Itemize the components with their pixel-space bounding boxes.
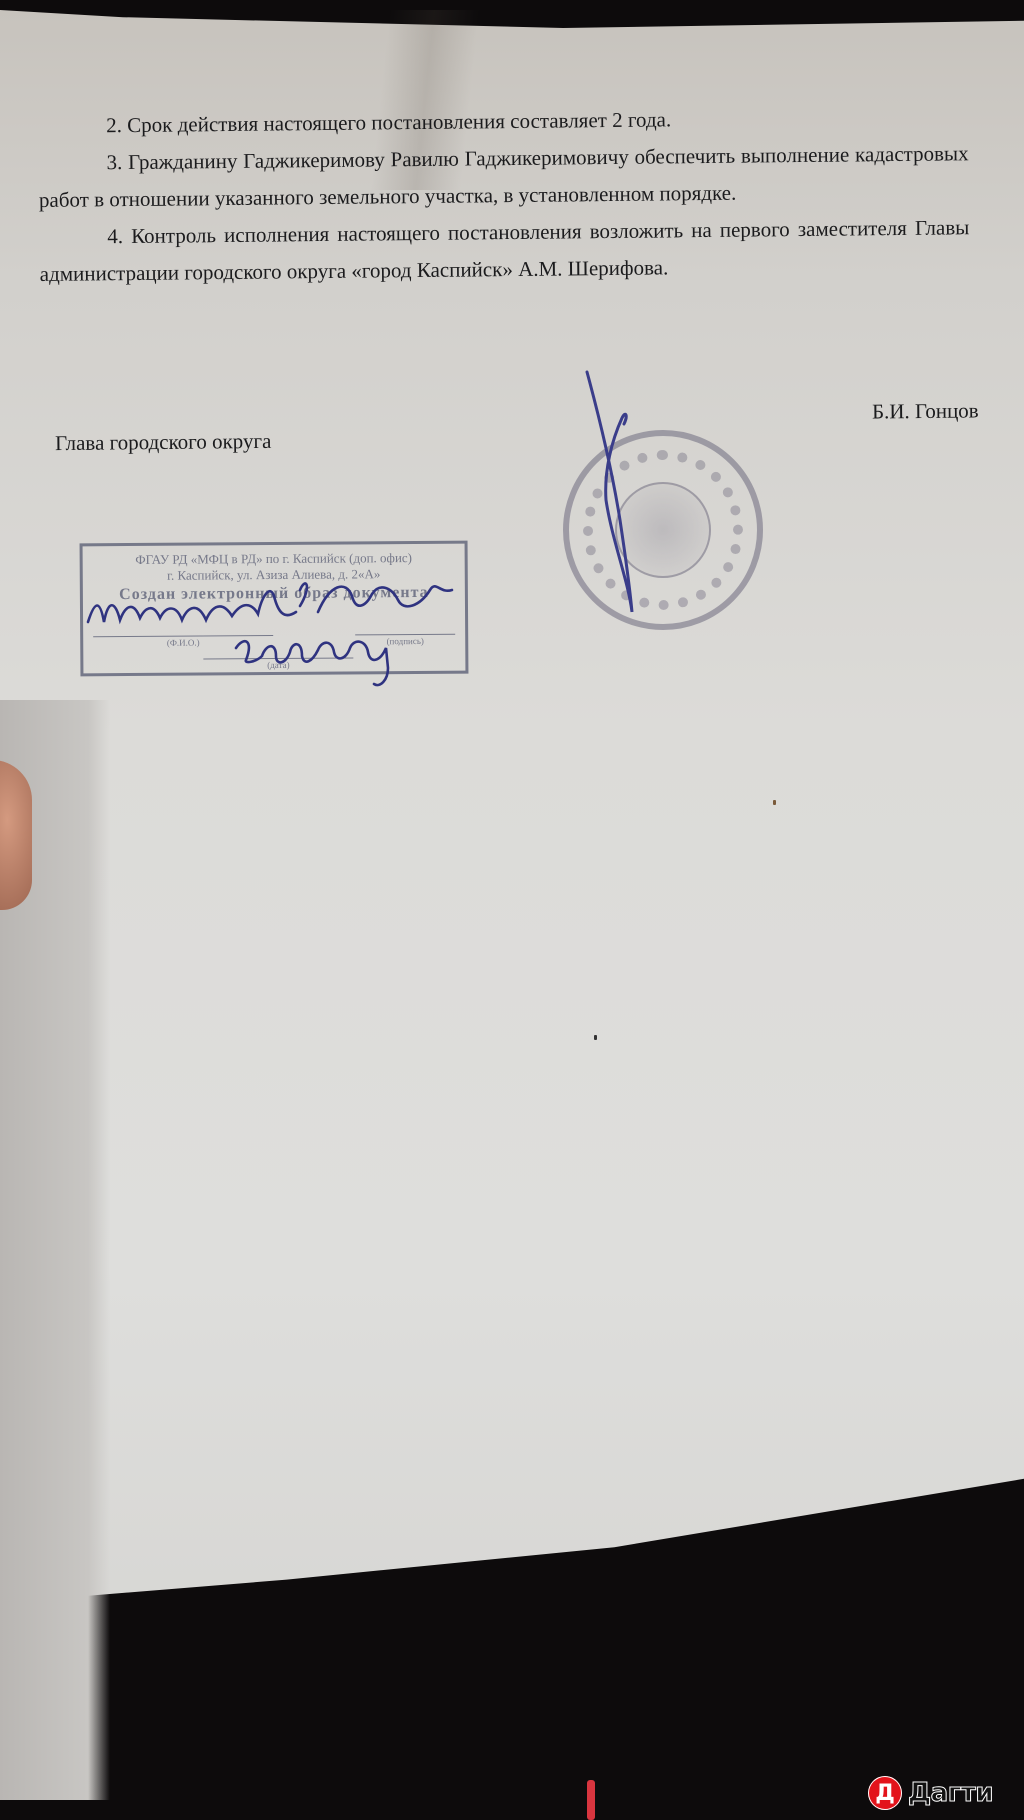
- official-seal: [563, 430, 763, 630]
- watermark-brand: Дагти: [908, 1778, 993, 1808]
- mfc-stamp: ФГАУ РД «МФЦ в РД» по г. Каспийск (доп. …: [80, 541, 469, 677]
- document-body: 2. Срок действия настоящего постановлени…: [38, 98, 970, 293]
- stamp-org: ФГАУ РД «МФЦ в РД» по г. Каспийск (доп. …: [83, 550, 465, 569]
- watermark-logo: Д: [868, 1776, 902, 1810]
- stamp-caption: Создан электронный образ документа: [83, 582, 465, 607]
- paragraph-3: 3. Гражданину Гаджикеримову Равилю Гаджи…: [38, 135, 969, 219]
- paragraph-4: 4. Контроль исполнения настоящего постан…: [39, 209, 970, 293]
- paper-speck: [594, 1035, 597, 1040]
- stamp-date-label: (дата): [203, 657, 353, 670]
- red-thread: [587, 1780, 595, 1820]
- signatory-name: Б.И. Гонцов: [872, 398, 979, 424]
- paper-speck: [773, 800, 776, 805]
- watermark: Д Дагти: [868, 1776, 993, 1810]
- stamp-fio-label: (Ф.И.О.): [93, 635, 273, 648]
- stamp-sign-label: (подпись): [355, 634, 455, 647]
- thumb: [0, 760, 32, 910]
- signatory-title: Глава городского округа: [55, 429, 272, 456]
